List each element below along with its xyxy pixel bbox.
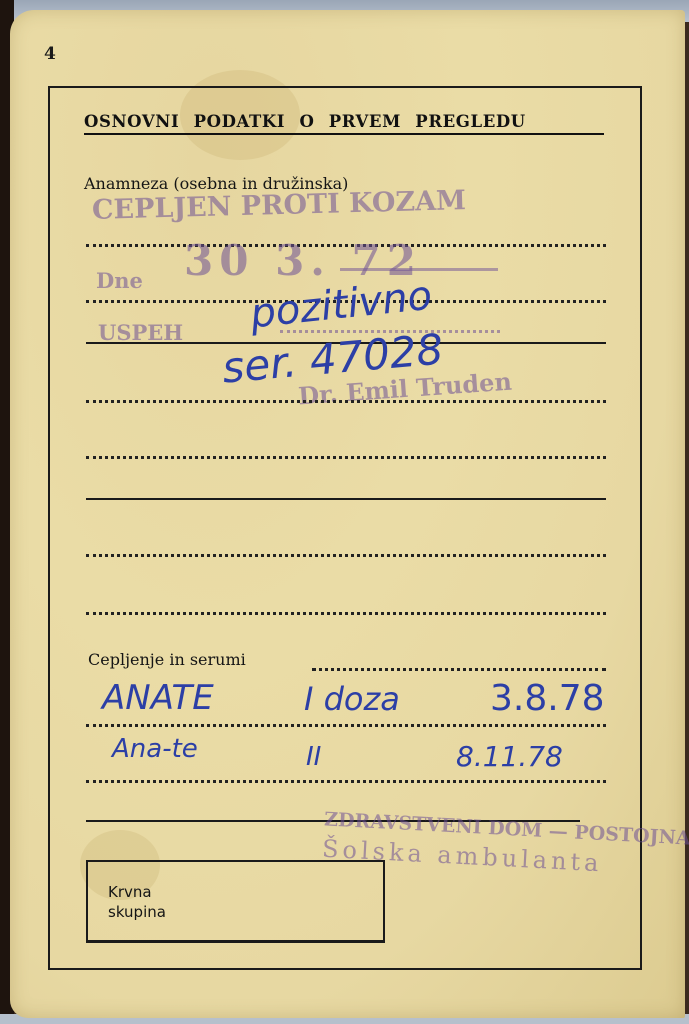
blood-group-label-line-2: skupina (108, 902, 166, 922)
blood-group-box: Krvna skupina (86, 860, 385, 943)
vaccination-line-0 (312, 668, 606, 671)
handwritten-vaccine-2-name: Ana-te (112, 734, 198, 764)
anamneza-line-6 (86, 612, 606, 615)
anamneza-line-3 (86, 400, 606, 403)
stamp-date-underline (340, 268, 498, 271)
blood-group-label: Krvna skupina (108, 882, 166, 922)
handwritten-vaccine-2-date: 8.11.78 (456, 740, 563, 773)
handwritten-vaccine-1-name: ANATE (102, 678, 214, 718)
blood-group-label-line-1: Krvna (108, 882, 166, 902)
stamp-dne-label: Dne (96, 268, 143, 293)
anamneza-line-4 (86, 456, 606, 459)
handwritten-vaccine-2-dose: II (306, 742, 321, 772)
vaccination-line-1 (86, 724, 606, 727)
page-title: OSNOVNI PODATKI O PRVEM PREGLEDU (84, 112, 604, 135)
page-number: 4 (44, 44, 56, 64)
vaccination-label: Cepljenje in serumi (88, 650, 246, 669)
anamneza-divider-2 (86, 498, 606, 500)
handwritten-vaccine-1-dose: I doza (304, 680, 400, 718)
anamneza-line-5 (86, 554, 606, 557)
vaccination-line-2 (86, 780, 606, 783)
handwritten-vaccine-1-date: 3.8.78 (490, 678, 605, 719)
